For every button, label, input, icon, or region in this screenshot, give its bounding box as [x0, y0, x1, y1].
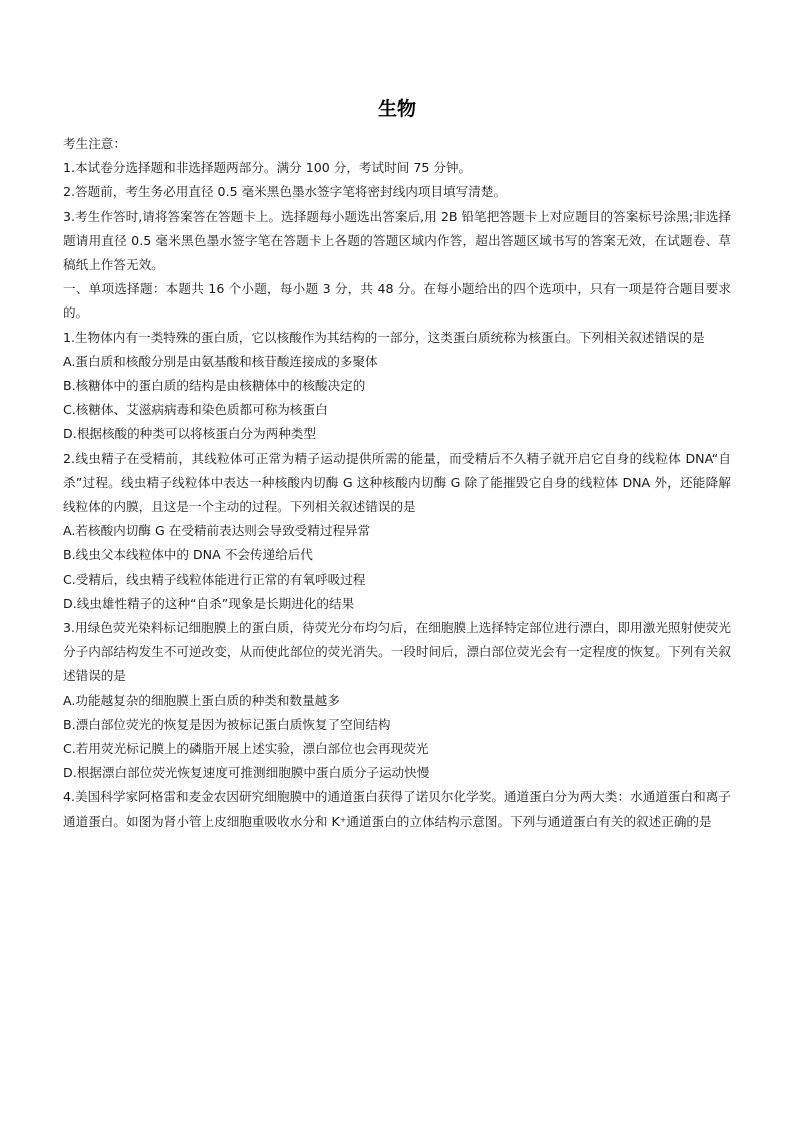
notice-item: 1.本试卷分选择题和非选择题两部分。满分 100 分，考试时间 75 分钟。	[63, 156, 731, 180]
question-option: B.核糖体中的蛋白质的结构是由核糖体中的核酸决定的	[63, 374, 731, 398]
question-option: C.若用荧光标记膜上的磷脂开展上述实验，漂白部位也会再现荧光	[63, 737, 731, 761]
question-option: A.功能越复杂的细胞膜上蛋白质的种类和数量越多	[63, 689, 731, 713]
question-option: A.若核酸内切酶 G 在受精前表达则会导致受精过程异常	[63, 519, 731, 543]
section-heading: 一、单项选择题：本题共 16 个小题，每小题 3 分，共 48 分。在每小题给出…	[63, 277, 731, 325]
question-stem: 4.美国科学家阿格雷和麦金农因研究细胞膜中的通道蛋白获得了诺贝尔化学奖。通道蛋白…	[63, 785, 731, 833]
notice-item: 2.答题前，考生务必用直径 0.5 毫米黑色墨水签字笔将密封线内项目填写清楚。	[63, 180, 731, 204]
question-stem: 3.用绿色荧光染料标记细胞膜上的蛋白质，待荧光分布均匀后，在细胞膜上选择特定部位…	[63, 616, 731, 689]
question-stem: 2.线虫精子在受精前，其线粒体可正常为精子运动提供所需的能量，而受精后不久精子就…	[63, 447, 731, 520]
question-option: C.受精后，线虫精子线粒体能进行正常的有氧呼吸过程	[63, 568, 731, 592]
exam-body: 考生注意： 1.本试卷分选择题和非选择题两部分。满分 100 分，考试时间 75…	[63, 132, 731, 834]
question-option: D.线虫雄性精子的这种“自杀”现象是长期进化的结果	[63, 592, 731, 616]
question-option: B.漂白部位荧光的恢复是因为被标记蛋白质恢复了空间结构	[63, 713, 731, 737]
question-option: B.线虫父本线粒体中的 DNA 不会传递给后代	[63, 543, 731, 567]
notice-heading: 考生注意：	[63, 132, 731, 156]
question-option: D.根据漂白部位荧光恢复速度可推测细胞膜中蛋白质分子运动快慢	[63, 761, 731, 785]
question-stem: 1.生物体内有一类特殊的蛋白质，它以核酸作为其结构的一部分，这类蛋白质统称为核蛋…	[63, 326, 731, 350]
question-option: D.根据核酸的种类可以将核蛋白分为两种类型	[63, 422, 731, 446]
page-title: 生物	[63, 96, 731, 122]
notice-item: 3.考生作答时,请将答案答在答题卡上。选择题每小题选出答案后,用 2B 铅笔把答…	[63, 205, 731, 278]
question-option: A.蛋白质和核酸分别是由氨基酸和核苷酸连接成的多聚体	[63, 350, 731, 374]
question-option: C.核糖体、艾滋病病毒和染色质都可称为核蛋白	[63, 398, 731, 422]
